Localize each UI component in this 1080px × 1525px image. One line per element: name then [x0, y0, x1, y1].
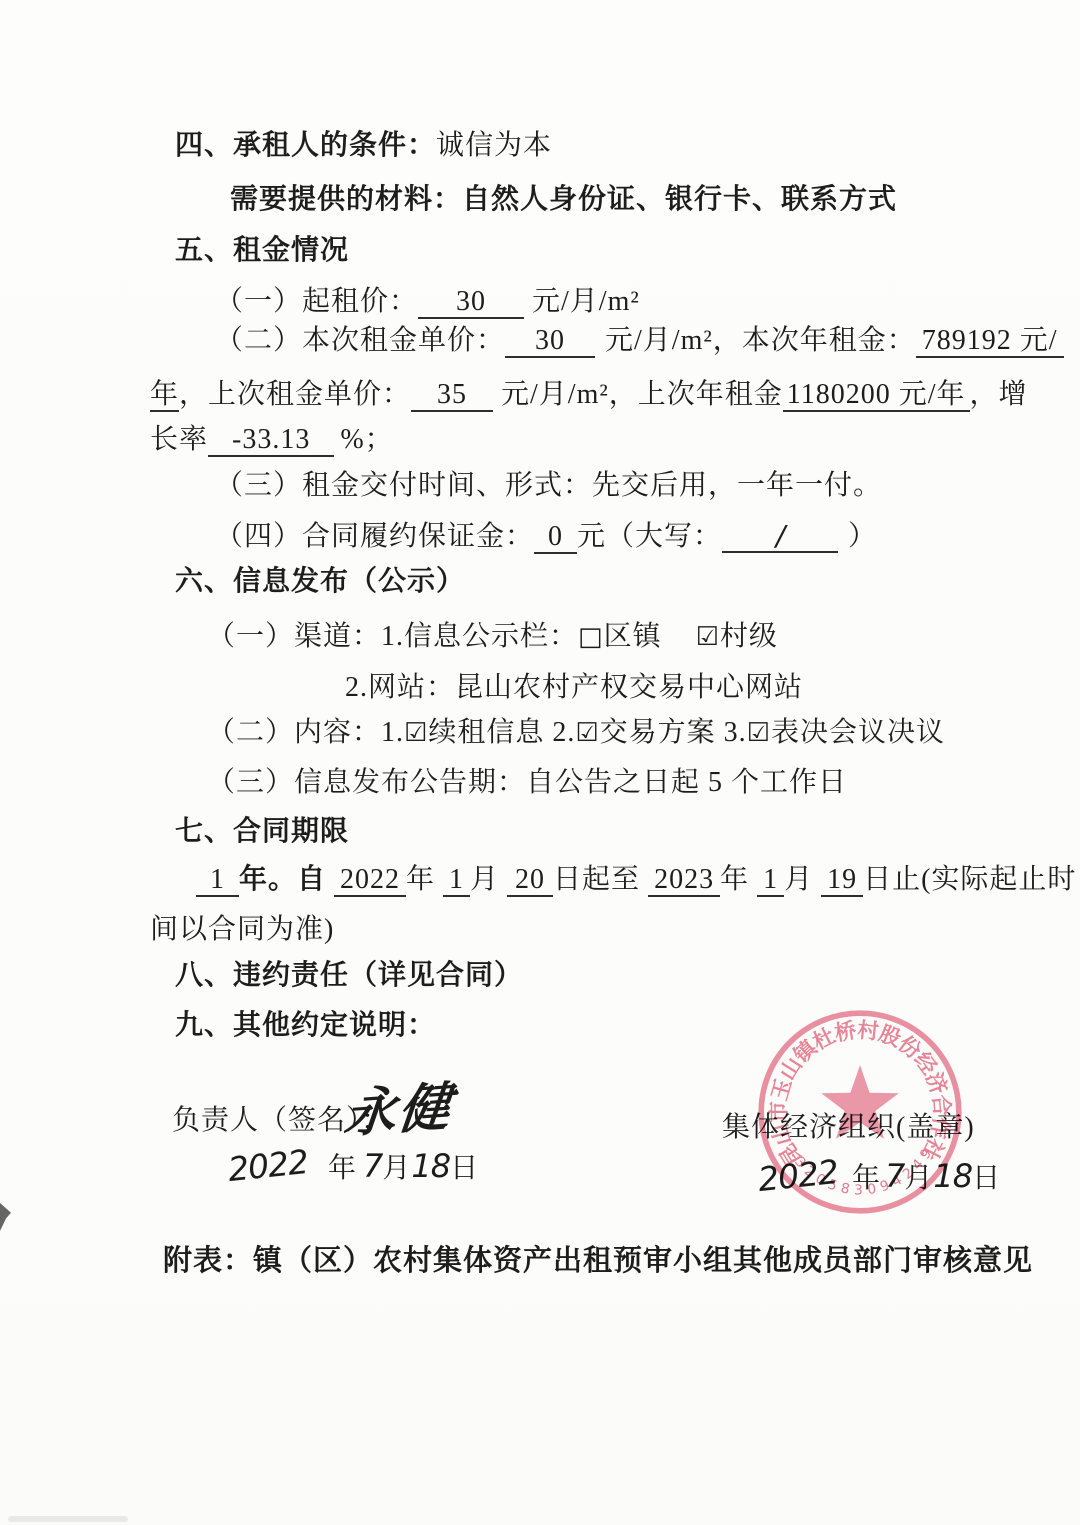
term-end-month: 1	[757, 865, 784, 897]
start-price-unit: 元/月/m²	[532, 286, 640, 317]
section5-heading: 五、租金情况	[175, 233, 349, 269]
term-start-day: 20	[507, 865, 553, 897]
term-text3: 月	[470, 864, 499, 895]
term-text1: 年。自	[239, 864, 326, 895]
scan-edge-artifact	[0, 1203, 11, 1231]
section5-item2-line3: 长率-33.13%；	[150, 422, 394, 458]
term-end-year: 2023	[648, 865, 720, 897]
section8-heading: 八、违约责任（详见合同）	[175, 958, 523, 994]
start-price-label: （一）起租价：	[215, 286, 418, 317]
section5-item3: （三）租金交付时间、形式：先交后用，一年一付。	[215, 468, 882, 504]
section7-term-line2: 间以合同为准)	[150, 912, 334, 948]
signature-date-day-suffix: 日	[450, 1153, 479, 1184]
current-unit-price-value: 30	[505, 326, 595, 358]
deposit-caps-value: /	[722, 521, 838, 553]
term-text5: 年	[720, 864, 749, 895]
materials-label: 需要提供的材料：	[230, 184, 462, 215]
section6-item2: （二）内容：1.☑续租信息 2.☑交易方案 3.☑表决会议决议	[207, 715, 945, 751]
term-start-month: 1	[443, 865, 470, 897]
deposit-close-paren: ）	[848, 521, 877, 552]
official-red-stamp: 昆山市玉山镇杜桥村股份经济合作社 320583094249	[752, 1004, 968, 1220]
prev-unit-price-label: ，上次租金单价：	[179, 379, 411, 410]
checkbox-renewal-icon: ☑	[404, 718, 428, 748]
current-annual-rent-value: 789192 元/	[916, 326, 1064, 358]
term-end-day: 19	[821, 865, 863, 897]
term-years-value: 1	[196, 865, 239, 897]
section6-item3: （三）信息发布公告期：自公告之日起 5 个工作日	[207, 765, 847, 801]
content-plan-label: 交易方案 3.	[600, 717, 747, 748]
signature-date-line: 2022年7月18日	[228, 1148, 479, 1187]
content-resolution-label: 表决会议决议	[771, 717, 945, 748]
deposit-value: 0	[534, 522, 577, 554]
section5-item1: （一）起租价：30元/月/m²	[215, 284, 640, 320]
signature-date-year: 2022	[226, 1144, 309, 1188]
prev-annual-rent-label: 元/月/m²，上次年租金	[501, 379, 783, 410]
section7-term-line: 1年。自 2022年 1月 20日起至 2023年 1月 19日止(实际起止时	[196, 862, 1076, 898]
current-unit-price-label: （二）本次租金单价：	[215, 325, 505, 356]
term-text2: 年	[406, 864, 435, 895]
signature-date-day: 18	[411, 1147, 450, 1185]
section4-heading-line: 四、承租人的条件：诚信为本	[175, 128, 552, 164]
signature-date-month: 7	[363, 1147, 382, 1185]
section4-materials-line: 需要提供的材料：自然人身份证、银行卡、联系方式	[230, 182, 897, 218]
growth-prefix: ，增	[970, 379, 1028, 410]
section6-heading: 六、信息发布（公示）	[175, 564, 465, 600]
handwritten-signature: 永健	[341, 1064, 457, 1147]
term-start-year: 2022	[334, 865, 406, 897]
signature-date-year-suffix: 年	[328, 1153, 357, 1184]
content-renewal-label: 续租信息 2.	[428, 717, 575, 748]
section7-heading: 七、合同期限	[175, 814, 349, 850]
section6-item1: （一）渠道：1.信息公示栏：□区镇☑村级	[207, 619, 778, 655]
signature-date-month-suffix: 月	[382, 1153, 411, 1184]
growth-rate-label: 长率	[150, 424, 208, 455]
deposit-label: （四）合同履约保证金：	[215, 521, 534, 552]
current-unit-price-text: 元/月/m²，本次年租金：	[605, 325, 916, 356]
deposit-caps-label: 元（大写：	[577, 521, 722, 552]
term-text6: 月	[784, 864, 813, 895]
checkbox-plan-icon: ☑	[575, 718, 599, 748]
prev-unit-price-value: 35	[411, 380, 493, 412]
channel-label: （一）渠道：1.信息公示栏：	[207, 621, 578, 652]
annual-rent-cont: 年	[150, 380, 179, 412]
materials-value: 自然人身份证、银行卡、联系方式	[462, 184, 897, 215]
checkbox-unchecked-icon: □	[578, 622, 604, 652]
term-text4: 日起至	[553, 864, 640, 895]
growth-rate-value: -33.13	[208, 425, 334, 457]
section9-heading: 九、其他约定说明：	[175, 1008, 436, 1044]
growth-rate-unit: %；	[340, 424, 393, 455]
stamp-star-icon	[821, 1065, 898, 1139]
section5-item2-line1: （二）本次租金单价：30元/月/m²，本次年租金：789192 元/	[215, 323, 1064, 359]
checkbox-checked-icon: ☑	[696, 622, 720, 652]
org-date-day-suffix: 日	[972, 1163, 1001, 1194]
content-label: （二）内容：1.	[207, 717, 404, 748]
checkbox-resolution-icon: ☑	[747, 718, 771, 748]
checkbox-district-label: 区镇	[604, 621, 662, 652]
stamp-number-wrap: 320583094249	[791, 1146, 935, 1198]
footer-attachment-note: 附表：镇（区）农村集体资产出租预审小组其他成员部门审核意见	[163, 1243, 1033, 1279]
section4-value: 诚信为本	[436, 130, 552, 161]
section5-item4: （四）合同履约保证金：0元（大写：/）	[215, 519, 877, 555]
section6-item1b: 2.网站：昆山农村产权交易中心网站	[345, 670, 803, 706]
scan-bottom-smudge	[8, 1516, 128, 1522]
stamp-number: 320583094249	[791, 1146, 935, 1198]
section5-item2-line2: 年，上次租金单价：35元/月/m²，上次年租金1180200 元/年，增	[150, 377, 1028, 413]
checkbox-village-label: 村级	[720, 621, 778, 652]
section4-heading: 四、承租人的条件：	[175, 130, 436, 161]
scanned-document-page: 四、承租人的条件：诚信为本 需要提供的材料：自然人身份证、银行卡、联系方式 五、…	[0, 0, 1080, 1525]
term-text7: 日止(实际起止时	[863, 864, 1076, 895]
prev-annual-rent-value: 1180200 元/年	[783, 380, 970, 412]
start-price-value: 30	[418, 287, 524, 319]
